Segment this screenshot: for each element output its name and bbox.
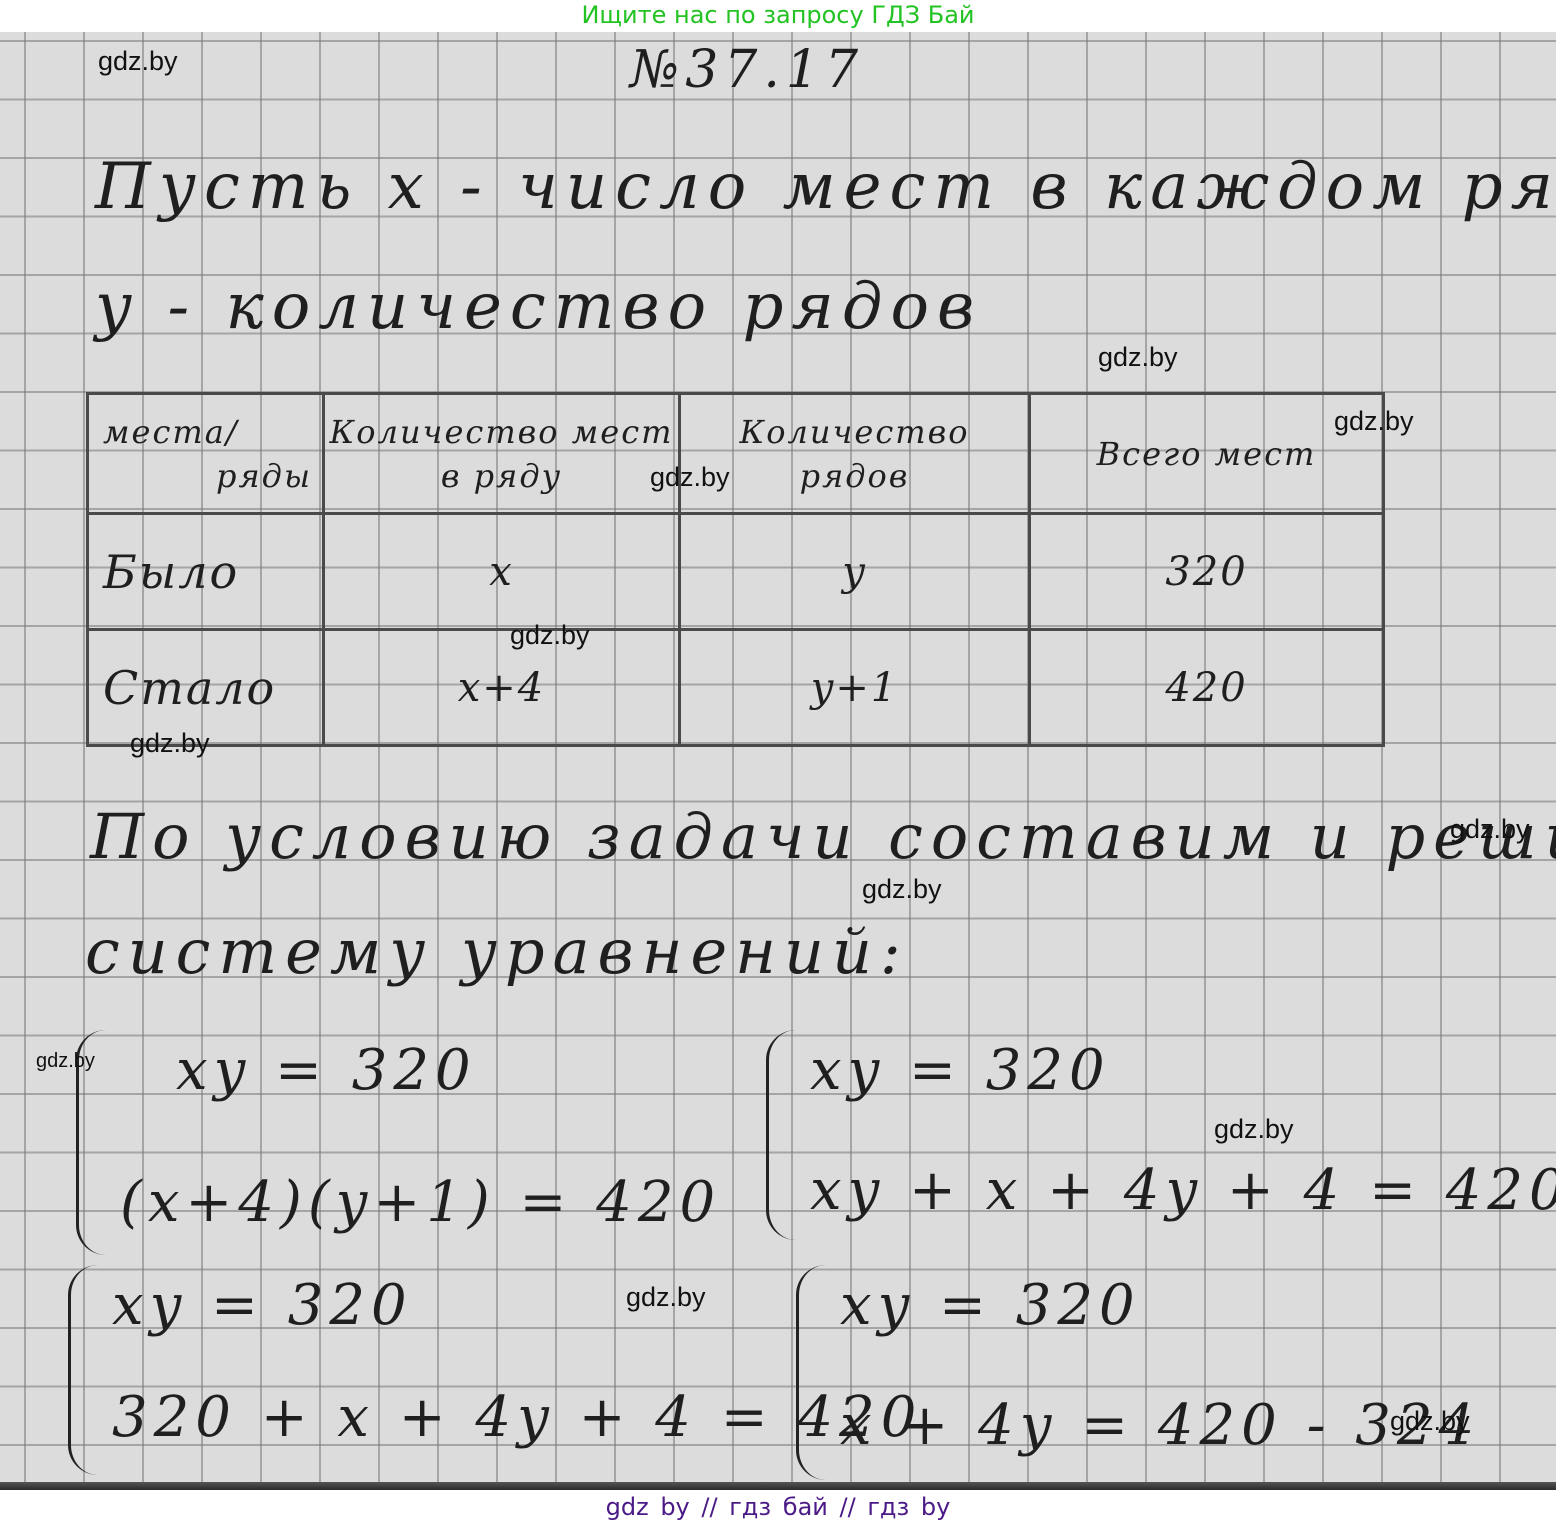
condition-line-1: По условию задачи составим и решим — [90, 800, 1556, 873]
brace-icon — [796, 1265, 833, 1480]
top-banner[interactable]: Ищите нас по запросу ГДЗ Бай — [0, 0, 1556, 32]
data-table: места/ ряды Количество мест в ряду Колич… — [86, 392, 1385, 747]
equation: x + 4y = 420 - 324 — [840, 1393, 1480, 1458]
table-row: Стало x+4 y+1 420 — [88, 630, 1384, 746]
brace-icon — [68, 1265, 105, 1475]
watermark: gdz.by — [1334, 406, 1414, 437]
equation-system-2: xy = 320 xy + x + 4y + 4 = 420 — [766, 1030, 1406, 1240]
intro-line-1: Пусть x - число мест в каждом ряду, — [95, 150, 1556, 224]
corner-top-label: места/ — [93, 410, 318, 454]
watermark: gdz.by — [98, 46, 178, 77]
watermark: gdz.by — [1214, 1114, 1294, 1145]
watermark: gdz.by — [36, 1050, 95, 1073]
problem-number: №37.17 — [630, 40, 864, 100]
table-cell: y — [680, 514, 1030, 630]
watermark: gdz.by — [1450, 814, 1530, 845]
table-row: Было x y 320 — [88, 514, 1384, 630]
condition-line-2: систему уравнений: — [85, 915, 909, 988]
watermark: gdz.by — [130, 728, 210, 759]
watermark: gdz.by — [1390, 1406, 1470, 1437]
bottom-banner[interactable]: gdz by // гдз бай // гдз by — [0, 1490, 1556, 1525]
page-edge — [0, 1482, 1556, 1490]
table-header-cell: Всего мест — [1030, 394, 1384, 514]
row-label: Было — [88, 514, 324, 630]
table-header-row: места/ ряды Количество мест в ряду Колич… — [88, 394, 1384, 514]
watermark: gdz.by — [650, 462, 730, 493]
table-cell: x+4 — [324, 630, 680, 746]
table-corner-cell: места/ ряды — [88, 394, 324, 514]
table-cell: 420 — [1030, 630, 1384, 746]
equation-system-1: xy = 320 (x+4)(y+1) = 420 — [76, 1030, 716, 1255]
intro-line-2: y - количество рядов — [95, 270, 982, 344]
equation: (x+4)(y+1) = 420 — [120, 1170, 721, 1235]
equation: xy = 320 — [810, 1038, 1111, 1103]
table-cell: 320 — [1030, 514, 1384, 630]
table-cell: y+1 — [680, 630, 1030, 746]
equation: xy = 320 — [112, 1273, 413, 1338]
equation-system-4: xy = 320 x + 4y = 420 - 324 — [796, 1265, 1376, 1480]
watermark: gdz.by — [626, 1282, 706, 1313]
watermark: gdz.by — [1098, 342, 1178, 373]
table-cell: x — [324, 514, 680, 630]
table-header-cell: Количество мест в ряду — [324, 394, 680, 514]
corner-bottom-label: ряды — [93, 454, 318, 498]
watermark: gdz.by — [510, 620, 590, 651]
equation: xy + x + 4y + 4 = 420 — [810, 1158, 1556, 1223]
table-header-cell: Количество рядов — [680, 394, 1030, 514]
watermark: gdz.by — [862, 874, 942, 905]
equation: xy = 320 — [840, 1273, 1141, 1338]
equation: xy = 320 — [176, 1038, 477, 1103]
brace-icon — [766, 1030, 803, 1240]
